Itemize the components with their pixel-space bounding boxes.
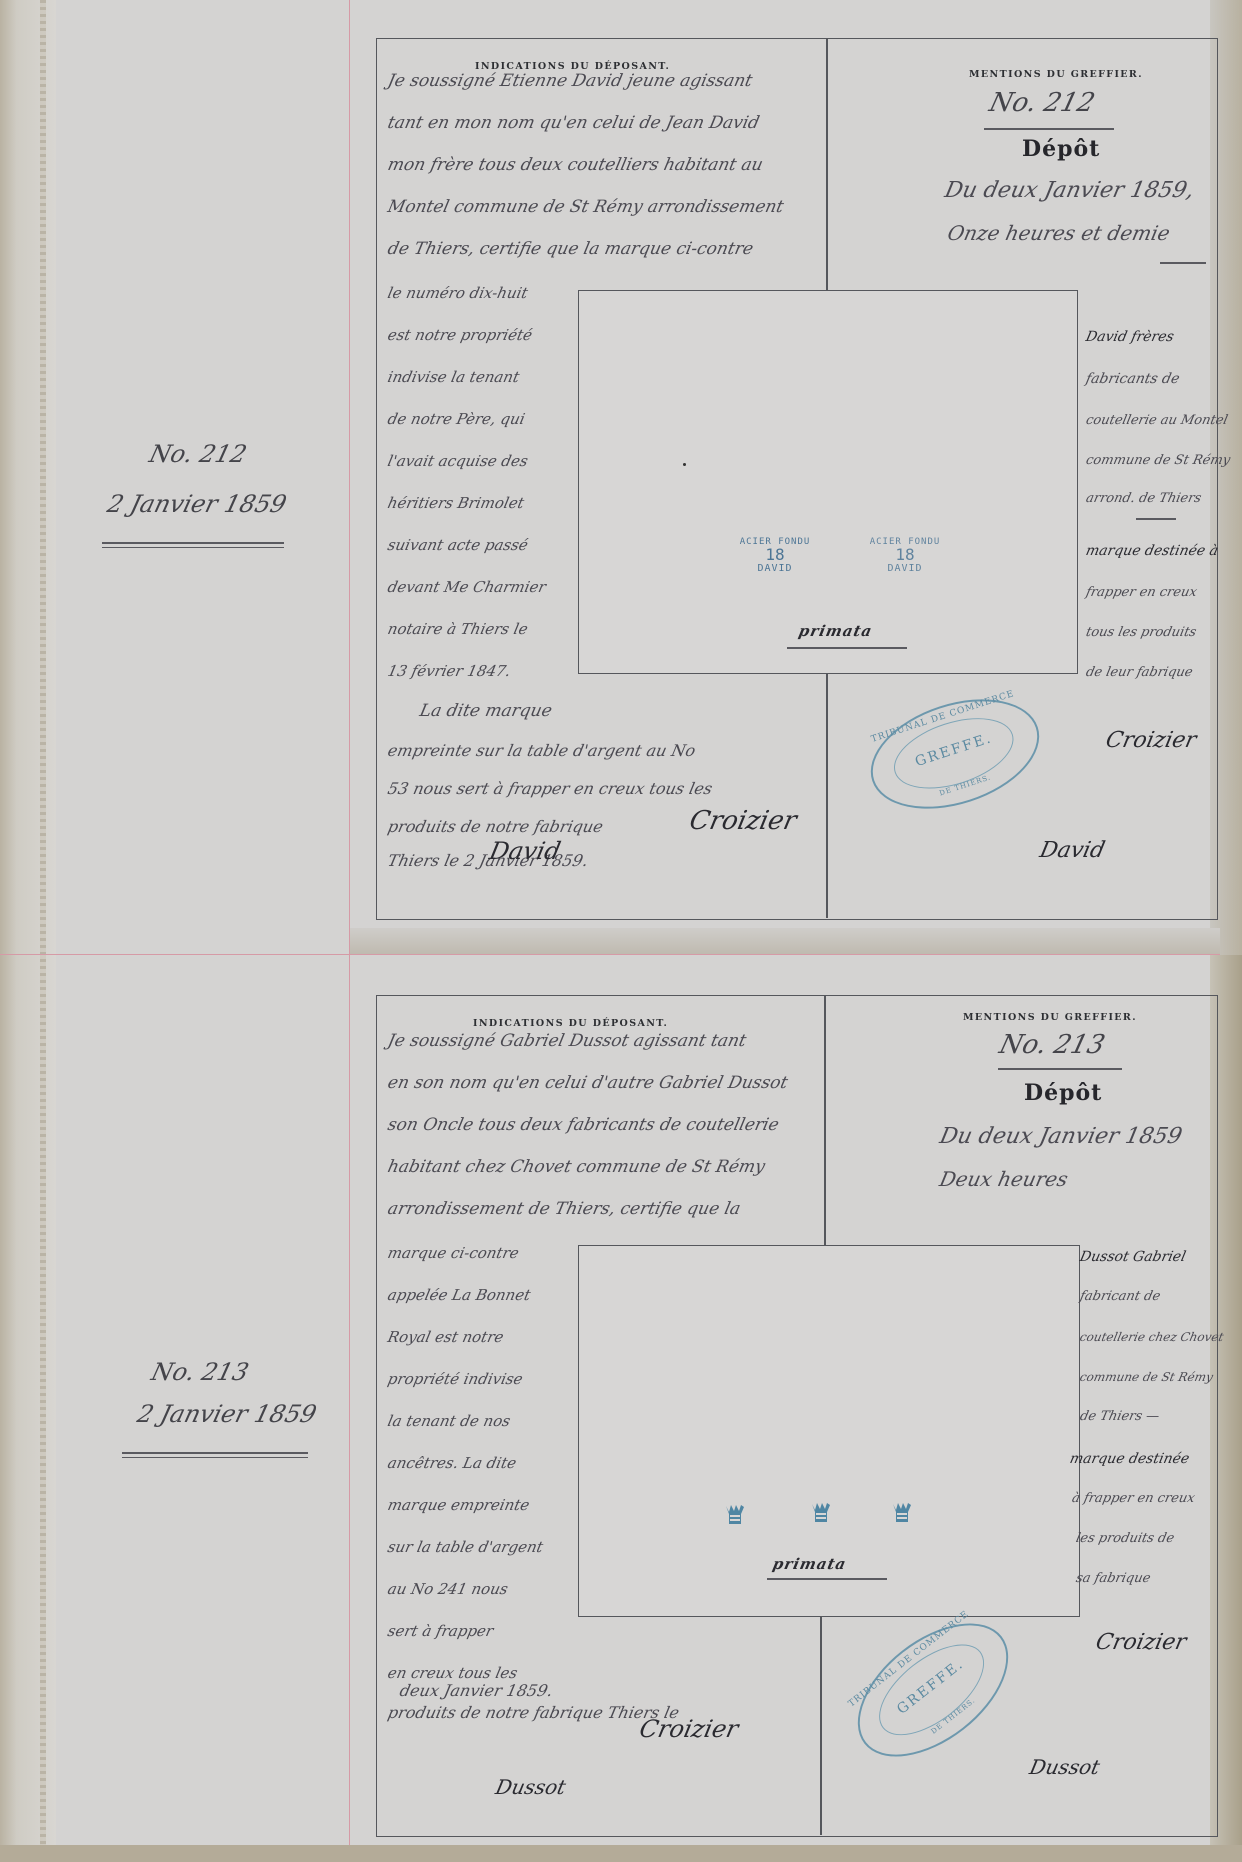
text-line: sur la table d'argent xyxy=(384,1526,548,1568)
text-line: propriété indivise xyxy=(384,1358,528,1400)
text-line: ancêtres. La dite xyxy=(384,1442,521,1484)
text-line: Montel commune de St Rémy arrondissement xyxy=(384,186,788,228)
crown-mark-icon xyxy=(811,1502,831,1524)
depot-title: Dépôt xyxy=(1024,1080,1102,1106)
note-line: tous les produits xyxy=(1082,612,1201,654)
clerk-number-underline xyxy=(984,128,1114,130)
text-line: au No 241 nous xyxy=(384,1568,513,1610)
clerk-header: Mentions du greffier. xyxy=(963,1012,1137,1023)
mark-impression-box: primata xyxy=(578,1245,1080,1617)
text-line: héritiers Brimolet xyxy=(384,482,529,524)
column-divider-bottom xyxy=(820,1615,822,1835)
text-line: empreinte sur la table d'argent au No xyxy=(384,730,700,772)
text-line: suivant acte passé xyxy=(384,524,533,566)
note-line: Dussot Gabriel xyxy=(1076,1236,1190,1278)
note-line: David frères xyxy=(1082,316,1179,358)
notes-dash xyxy=(1136,518,1176,520)
note-line: fabricants de xyxy=(1082,358,1184,400)
note-line: arrond. de Thiers xyxy=(1082,478,1206,520)
text-line: deux Janvier 1859. xyxy=(396,1670,557,1712)
text-line: arrondissement de Thiers, certifie que l… xyxy=(384,1188,745,1230)
margin-date: 2 Janvier 1859 xyxy=(105,490,290,518)
mark-stamp-1: ACIER FONDU 18 DAVID xyxy=(729,537,821,597)
margin-underline xyxy=(122,1452,308,1454)
text-line: marque empreinte xyxy=(384,1484,534,1526)
clerk-column-signature: Croizier xyxy=(1092,1622,1191,1664)
crown-mark-icon xyxy=(725,1504,745,1526)
clerk-date: Du deux Janvier 1859 xyxy=(936,1116,1186,1158)
clerk-flourish-signature: Croizier xyxy=(636,1708,743,1750)
margin-underline-2 xyxy=(122,1457,308,1458)
note-line: de Thiers — xyxy=(1076,1396,1164,1438)
text-line: en son nom qu'en celui d'autre Gabriel D… xyxy=(384,1062,792,1104)
book-binding xyxy=(0,0,56,1862)
note-line: de leur fabrique xyxy=(1082,652,1197,694)
column-divider-top xyxy=(826,38,828,290)
clerk-number: No. 212 xyxy=(986,88,1098,118)
column-divider-top xyxy=(824,995,826,1245)
note-line: coutellerie au Montel xyxy=(1082,400,1232,442)
margin-underline-2 xyxy=(102,547,284,548)
crown-mark-icon xyxy=(892,1502,912,1524)
text-line: le numéro dix-huit xyxy=(384,272,533,314)
text-line: mon frère tous deux coutelliers habitant… xyxy=(384,144,768,186)
mark-caption: primata xyxy=(771,1554,849,1574)
clerk-number: No. 213 xyxy=(996,1030,1108,1060)
depositor-signature: Dussot xyxy=(492,1766,570,1808)
clerk-date: Du deux Janvier 1859, xyxy=(941,170,1198,212)
clerk-time-dash xyxy=(1160,262,1206,264)
depot-title: Dépôt xyxy=(1022,136,1100,162)
text-line: indivise la tenant xyxy=(384,356,524,398)
clerk-time: Deux heures xyxy=(936,1158,1073,1200)
text-line: La dite marque xyxy=(416,690,557,732)
margin-underline xyxy=(102,542,284,544)
margin-number: No. 213 xyxy=(149,1358,252,1386)
page-fold xyxy=(350,928,1220,954)
bottom-edge xyxy=(0,1845,1242,1862)
text-line: 53 nous sert à frapper en creux tous les xyxy=(384,768,717,810)
text-line: sert à frapper xyxy=(384,1610,498,1652)
entry-divider-line xyxy=(0,954,1220,955)
register-page: No. 212 2 Janvier 1859 Indications du dé… xyxy=(0,0,1242,1862)
margin-number: No. 212 xyxy=(147,440,250,468)
mark-caption: primata xyxy=(797,621,875,641)
text-line: 13 février 1847. xyxy=(384,650,515,692)
depositor-signature: David xyxy=(486,830,565,872)
text-line: appelée La Bonnet xyxy=(384,1274,535,1316)
ink-speck xyxy=(683,463,686,466)
note-line: commune de St Rémy xyxy=(1082,440,1235,482)
column-divider-bottom xyxy=(826,672,828,918)
note-line: coutellerie chez Chovet xyxy=(1076,1316,1228,1358)
registrant-signature: Dussot xyxy=(1026,1746,1104,1788)
mark-impression-box: ACIER FONDU 18 DAVID ACIER FONDU 18 DAVI… xyxy=(578,290,1078,674)
text-line: de Thiers, certifie que la marque ci-con… xyxy=(384,228,758,270)
clerk-number-underline xyxy=(998,1068,1122,1070)
note-line: marque destinée à xyxy=(1082,530,1223,572)
note-line: commune de St Rémy xyxy=(1076,1356,1218,1398)
text-line: est notre propriété xyxy=(384,314,537,356)
note-line: fabricant de xyxy=(1076,1276,1165,1318)
clerk-header: Mentions du greffier. xyxy=(969,69,1143,80)
text-line: l'avait acquise des xyxy=(384,440,533,482)
text-line: devant Me Charmier xyxy=(384,566,551,608)
page-stack-edge xyxy=(40,0,46,1862)
text-line: habitant chez Chovet commune de St Rémy xyxy=(384,1146,770,1188)
note-line: frapper en creux xyxy=(1082,572,1201,614)
note-line: marque destinée xyxy=(1066,1438,1194,1480)
mark-stamp-2: ACIER FONDU 18 DAVID xyxy=(859,537,951,597)
text-line: notaire à Thiers le xyxy=(384,608,533,650)
text-line: la tenant de nos xyxy=(384,1400,515,1442)
note-line: les produits de xyxy=(1072,1518,1179,1560)
text-line: tant en mon nom qu'en celui de Jean Davi… xyxy=(384,102,764,144)
note-line: à frapper en creux xyxy=(1068,1478,1199,1520)
text-line: Je soussigné Etienne David jeune agissan… xyxy=(384,60,757,102)
text-line: Royal est notre xyxy=(384,1316,508,1358)
caption-underline xyxy=(767,1578,887,1580)
caption-underline xyxy=(787,647,907,649)
registrant-signature: David xyxy=(1036,830,1109,872)
text-line: marque ci-contre xyxy=(384,1232,524,1274)
text-line: son Oncle tous deux fabricants de coutel… xyxy=(384,1104,784,1146)
clerk-column-signature: Croizier xyxy=(1102,720,1201,762)
text-line: Je soussigné Gabriel Dussot agissant tan… xyxy=(384,1020,751,1062)
margin-date: 2 Janvier 1859 xyxy=(135,1400,320,1428)
clerk-flourish-signature: Croizier xyxy=(686,800,801,842)
clerk-time: Onze heures et demie xyxy=(944,212,1175,254)
note-line: sa fabrique xyxy=(1072,1558,1155,1600)
text-line: de notre Père, qui xyxy=(384,398,530,440)
